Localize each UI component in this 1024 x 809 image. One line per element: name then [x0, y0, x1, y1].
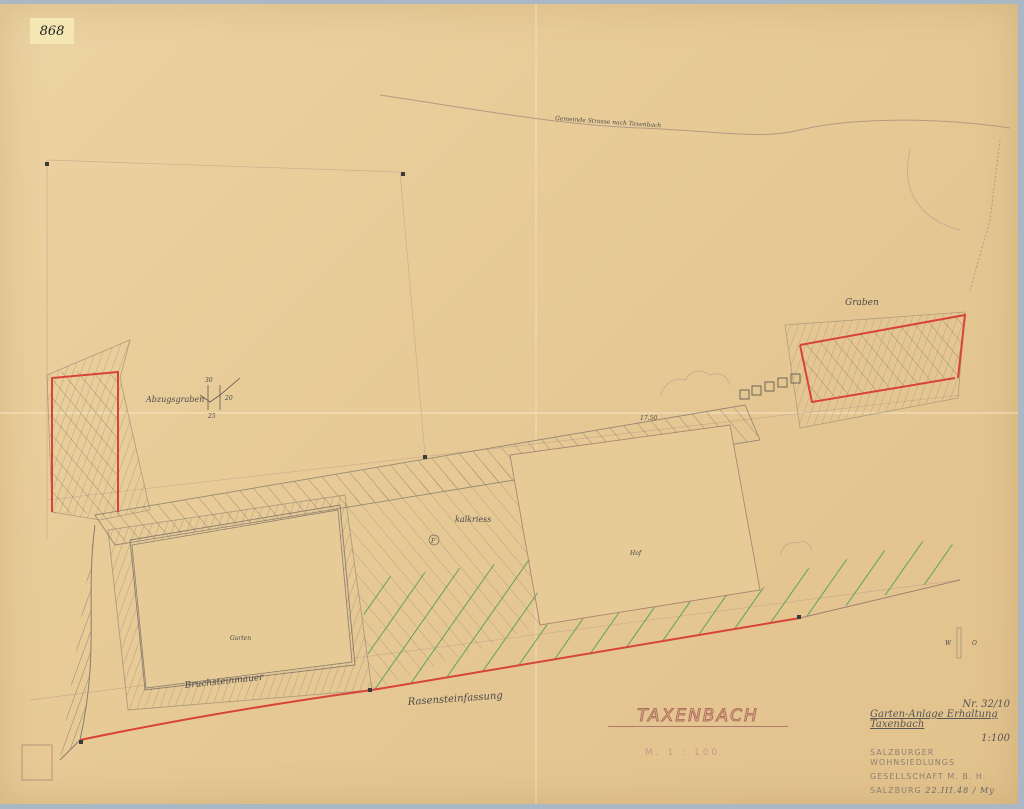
- left-building: [47, 340, 150, 520]
- small-room-bottom-left: [22, 745, 52, 780]
- north-o: O: [972, 640, 977, 647]
- site-plan-drawing: Abzugsgraben 30 20 25 Graben kalkriess R…: [0, 0, 1024, 809]
- drawing-title: TAXENBACH: [608, 706, 788, 727]
- title-stamp: Nr. 32/10 Garten-Anlage Erhaltung Taxenb…: [870, 700, 1010, 796]
- label-room-left: Garten: [230, 635, 251, 642]
- label-upper-road: Gemeinde Strasse nach Taxenbach: [555, 115, 662, 129]
- shrub-outline: [660, 371, 730, 395]
- stamp-date: 22.III.48 / My: [925, 786, 994, 795]
- stamp-company-line3: SALZBURG 22.III.48 / My: [870, 786, 1010, 796]
- label-room-right: Hof: [629, 550, 643, 557]
- scale-note: M. 1 : 100: [645, 748, 720, 758]
- right-boundary-curve: [970, 140, 1000, 290]
- circle-mark: F: [430, 538, 436, 545]
- stone-blocks: [740, 374, 800, 399]
- label-kalkriess: kalkriess: [455, 515, 491, 524]
- left-curved-wall: [60, 525, 95, 760]
- upper-road-line: [380, 95, 1010, 135]
- stamp-company-line1: SALZBURGER WOHNSIEDLUNGS: [870, 748, 1010, 768]
- label-rasensteinfassung: Rasensteinfassung: [406, 690, 503, 708]
- dim-top: 30: [205, 377, 213, 384]
- shrub-outline-2: [780, 542, 812, 555]
- stamp-project-line2: Taxenbach: [870, 720, 1010, 730]
- label-abzugsgraben: Abzugsgraben: [145, 395, 204, 404]
- dim-wall: 17.50: [640, 415, 657, 422]
- stamp-scale: 1:100: [870, 734, 1010, 744]
- dim-bottom: 25: [207, 413, 216, 420]
- north-w: W: [945, 640, 952, 647]
- stamp-company-line2: GESELLSCHAFT M. B. H.: [870, 772, 1010, 782]
- dim-right: 20: [224, 395, 233, 402]
- label-graben: Graben: [845, 298, 879, 308]
- north-indicator: [957, 628, 961, 658]
- right-building: [785, 312, 965, 428]
